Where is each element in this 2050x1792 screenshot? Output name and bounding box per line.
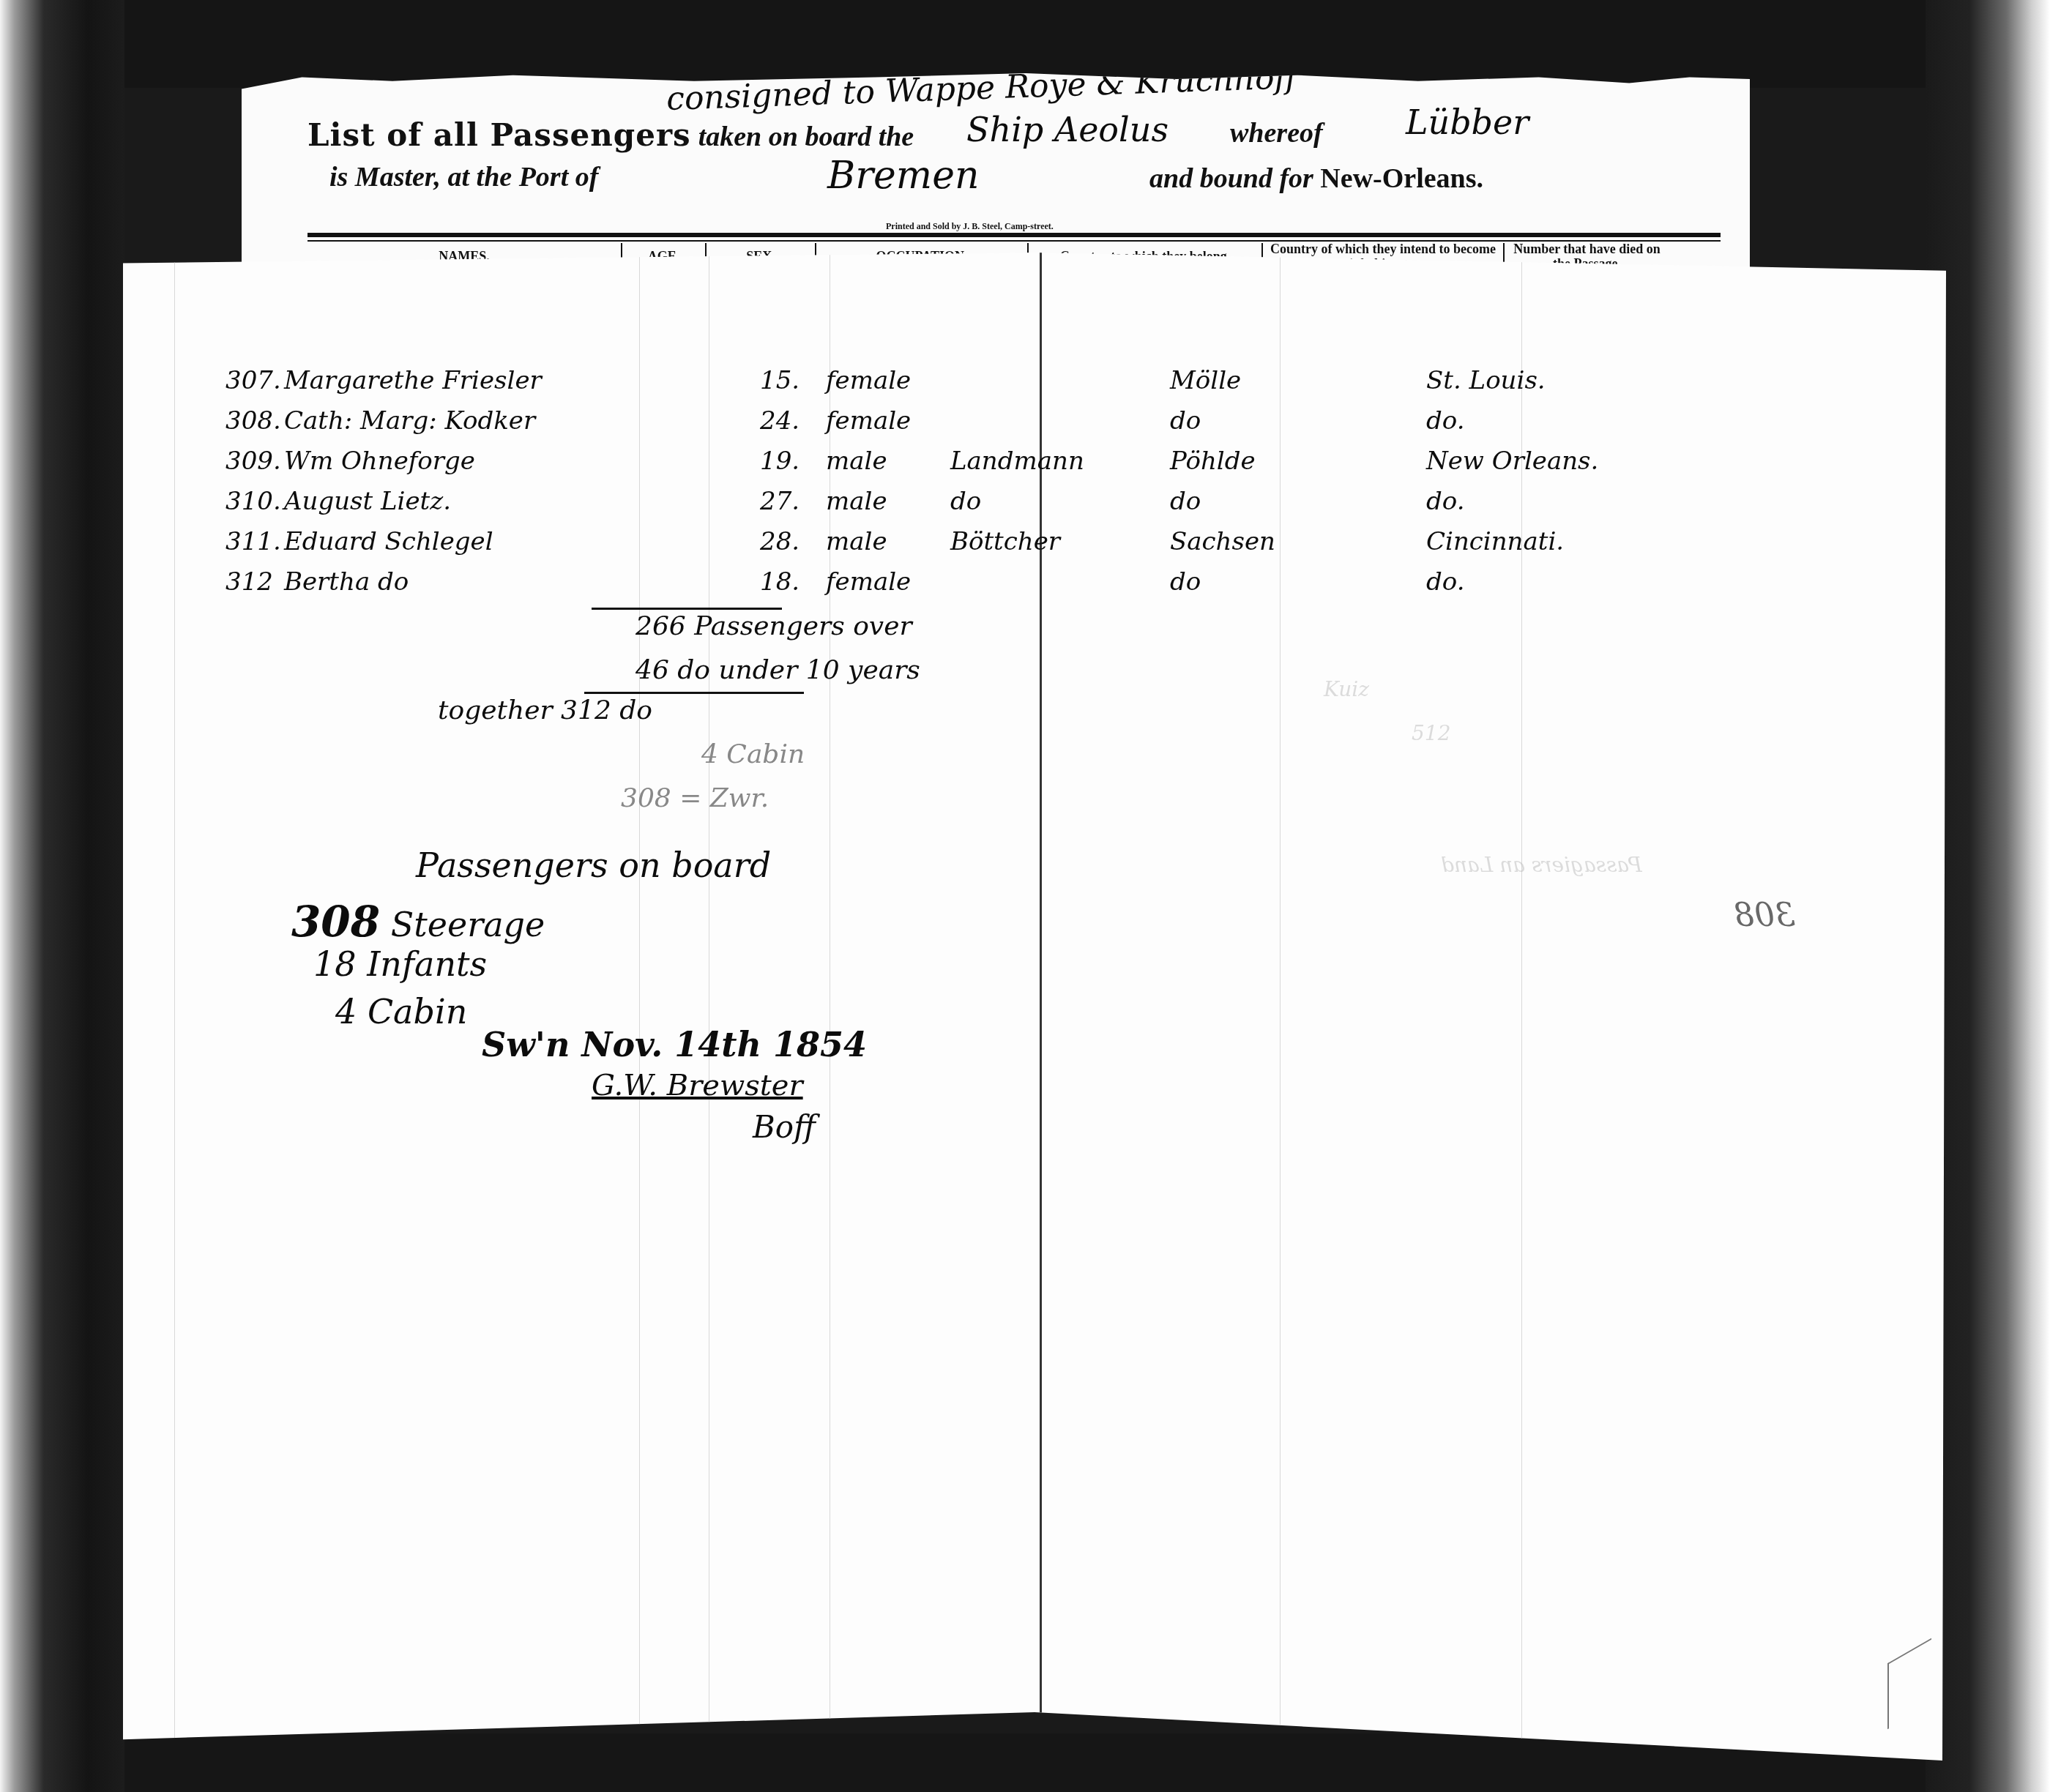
header-rule-thin bbox=[307, 240, 1721, 242]
passenger-sex: male bbox=[826, 447, 887, 476]
passenger-occupation: Landmann bbox=[950, 447, 1084, 476]
tally-together: together 312 do bbox=[438, 695, 652, 725]
passenger-name: Wm Ohneforge bbox=[284, 447, 475, 476]
pencil-cabin: 4 Cabin bbox=[701, 739, 805, 769]
title-rest: taken on board the bbox=[698, 122, 914, 152]
passenger-name: Bertha do bbox=[284, 567, 409, 597]
passenger-number: 308. bbox=[225, 406, 281, 436]
printer-credit: Printed and Sold by J. B. Steel, Camp-st… bbox=[886, 221, 1054, 232]
summary-label: Cabin bbox=[368, 992, 467, 1031]
passenger-age: 28. bbox=[760, 527, 799, 556]
passenger-country: do bbox=[1170, 406, 1201, 436]
tally-over: 266 Passengers over bbox=[635, 611, 912, 641]
summary-line-infants: 18 Infants bbox=[313, 944, 487, 984]
passenger-country: Sachsen bbox=[1170, 527, 1275, 556]
book-gutter bbox=[1040, 253, 1042, 1761]
master-line: is Master, at the Port of bbox=[329, 161, 598, 193]
passenger-country: do bbox=[1170, 567, 1201, 597]
folded-corner bbox=[1887, 1638, 1931, 1730]
signature: G.W. Brewster bbox=[592, 1069, 803, 1102]
bound-for-place: New-Orleans. bbox=[1320, 163, 1483, 194]
passenger-age: 19. bbox=[760, 447, 799, 476]
margin-line bbox=[174, 253, 175, 1761]
column-rule bbox=[1521, 253, 1522, 1761]
passenger-destination: New Orleans. bbox=[1426, 447, 1598, 476]
master-name: Lübber bbox=[1406, 102, 1529, 142]
ship-name: Ship Aeolus bbox=[966, 110, 1168, 149]
whereof-label: whereof bbox=[1230, 117, 1323, 149]
passenger-destination: do. bbox=[1426, 567, 1464, 597]
passenger-occupation: do bbox=[950, 487, 981, 516]
passenger-age: 18. bbox=[760, 567, 799, 597]
manifest-page-spread: 307. Margarethe Friesler 15. female Möll… bbox=[123, 253, 1946, 1761]
passenger-country: Pöhlde bbox=[1170, 447, 1256, 476]
passenger-age: 27. bbox=[760, 487, 799, 516]
passenger-number: 311. bbox=[225, 527, 281, 556]
summary-count: 4 bbox=[335, 992, 357, 1031]
column-rule bbox=[830, 253, 830, 1761]
summary-label: Steerage bbox=[391, 905, 545, 944]
passenger-sex: male bbox=[826, 487, 887, 516]
summary-count: 18 bbox=[313, 944, 357, 984]
summary-count: 308 bbox=[291, 897, 380, 947]
passenger-destination: do. bbox=[1426, 487, 1464, 516]
passenger-country: Mölle bbox=[1170, 366, 1241, 395]
signature-2: Boff bbox=[753, 1109, 816, 1145]
summary-heading: Passengers on board bbox=[416, 845, 771, 885]
passenger-destination: St. Louis. bbox=[1426, 366, 1546, 395]
passenger-age: 15. bbox=[760, 366, 799, 395]
passenger-destination: do. bbox=[1426, 406, 1464, 436]
passenger-sex: female bbox=[826, 366, 911, 395]
scanner-frame-left bbox=[0, 0, 124, 1792]
summary-label: Infants bbox=[367, 944, 487, 984]
summary-line-cabin: 4 Cabin bbox=[335, 992, 467, 1031]
passenger-name: Cath: Marg: Kodker bbox=[284, 406, 535, 436]
title-blackletter: List of all Passengers bbox=[307, 117, 691, 153]
passenger-number: 309. bbox=[225, 447, 281, 476]
column-rule bbox=[639, 253, 640, 1761]
passenger-destination: Cincinnati. bbox=[1426, 527, 1564, 556]
bleed-through-text: Passagiers an Land bbox=[1441, 853, 1642, 877]
column-rule bbox=[1280, 253, 1281, 1761]
passenger-sex: male bbox=[826, 527, 887, 556]
bound-for: and bound for New-Orleans. bbox=[1149, 163, 1483, 195]
pencil-steerage: 308 = Zwr. bbox=[621, 783, 769, 813]
passenger-number: 307. bbox=[225, 366, 281, 395]
passenger-sex: female bbox=[826, 406, 911, 436]
passenger-sex: female bbox=[826, 567, 911, 597]
bound-for-label: and bound for bbox=[1149, 163, 1313, 194]
tally-underline bbox=[584, 692, 804, 694]
tally-under: 46 do under 10 years bbox=[635, 655, 920, 685]
passenger-name: Eduard Schlegel bbox=[284, 527, 493, 556]
tally-underline bbox=[592, 608, 782, 610]
manifest-header-sheet: consigned to Wappe Roye & Kruchhoff List… bbox=[242, 73, 1750, 271]
passenger-number: 312 bbox=[225, 567, 273, 597]
sworn-date: Sw'n Nov. 14th 1854 bbox=[482, 1025, 867, 1064]
form-title: List of all Passengers taken on board th… bbox=[307, 117, 914, 153]
passenger-age: 24. bbox=[760, 406, 799, 436]
passenger-occupation: Böttcher bbox=[950, 527, 1060, 556]
summary-line-steerage: 308 Steerage bbox=[291, 897, 545, 947]
passenger-number: 310. bbox=[225, 487, 281, 516]
column-rule bbox=[709, 253, 709, 1761]
passenger-name: Margarethe Friesler bbox=[284, 366, 542, 395]
header-rule bbox=[307, 233, 1721, 237]
port-of-departure: Bremen bbox=[827, 154, 979, 198]
passenger-name: August Lietz. bbox=[284, 487, 451, 516]
passenger-country: do bbox=[1170, 487, 1201, 516]
bleed-through-text: 512 bbox=[1412, 721, 1450, 745]
bleed-through-text: Kuiz bbox=[1324, 677, 1369, 701]
bleed-through-text: 308 bbox=[1734, 897, 1795, 934]
